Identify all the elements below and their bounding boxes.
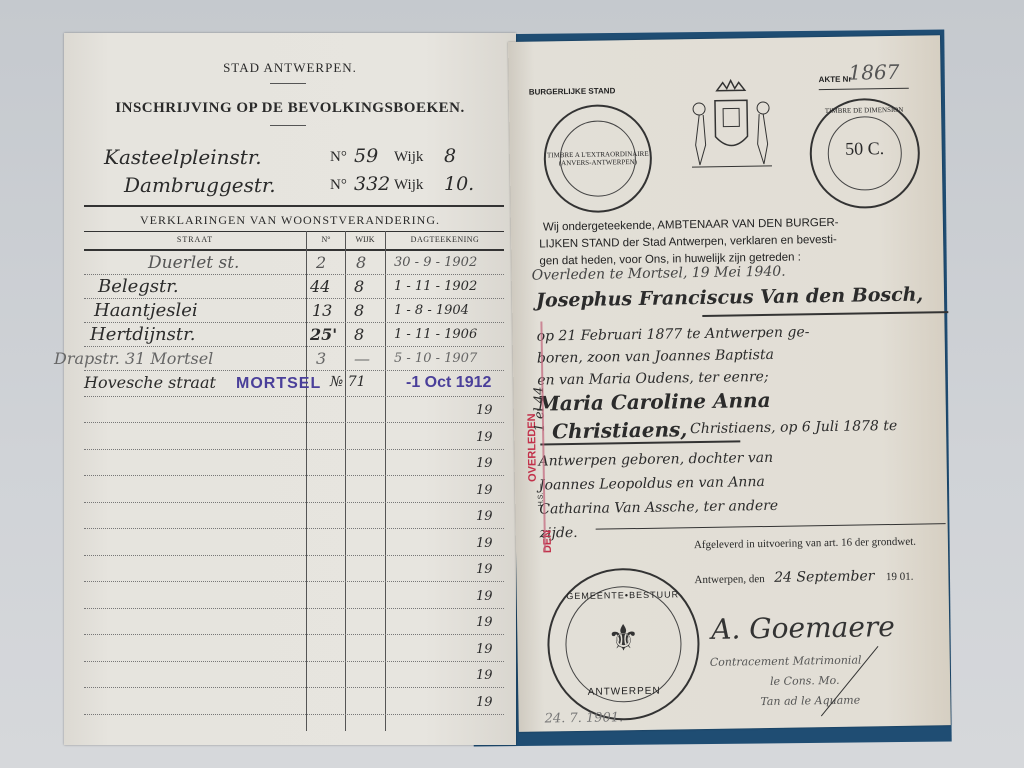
number-label: N° — [330, 149, 347, 166]
wijk-label: Wijk — [394, 177, 423, 194]
row-wijk: 8 — [354, 277, 364, 296]
row-wijk: — — [354, 349, 370, 368]
blank-table-row: 19 — [84, 503, 504, 529]
bride-first-name: Maria Caroline Anna — [537, 388, 770, 416]
table-row: Hertdijnstr. 25' 8 1 - 11 - 1906 — [84, 323, 504, 347]
address-row: Dambruggestr. N° 332 Wijk 10. — [104, 173, 504, 199]
row-straat: Hertdijnstr. — [90, 324, 195, 345]
table-row: Haantjeslei 13 8 1 - 8 - 1904 — [84, 299, 504, 323]
bride-last-name: Christiaens, — [552, 417, 688, 443]
address-street: Dambruggestr. — [124, 173, 276, 197]
year-prefix: 19 — [476, 668, 493, 683]
blank-table-row: 19 — [84, 662, 504, 688]
row-number: 44 — [310, 277, 330, 296]
date-stamp: -1 Oct 1912 — [406, 374, 491, 392]
year-prefix: 19 — [476, 483, 493, 498]
coat-of-arms-icon — [685, 78, 778, 175]
table-row: Drapstr. 31 Mortsel 3 — 5 - 10 - 1907 — [54, 347, 504, 371]
blank-table-row: 19 — [84, 609, 504, 635]
thick-rule — [702, 311, 948, 317]
timbre-dimension-seal: TIMBRE DE DIMENSION 50 C. — [809, 98, 921, 210]
row-straat: Hovesche straat — [84, 373, 216, 392]
row-number: 13 — [312, 301, 332, 320]
table-row: Belegstr. 44 8 1 - 11 - 1902 — [84, 275, 504, 299]
row-number: 3 — [316, 349, 326, 368]
year-prefix: 19 — [476, 536, 493, 551]
table-row: Hovesche straat MORTSEL № 71 -1 Oct 1912 — [84, 371, 504, 397]
bottom-date: 24. 7. 1901. — [545, 710, 624, 726]
section-title: VERKLARINGEN VAN WOONSTVERANDERING. — [64, 213, 516, 228]
thick-rule — [84, 205, 504, 207]
wijk-label: Wijk — [394, 149, 423, 166]
row-date: 30 - 9 - 1902 — [394, 255, 477, 270]
blank-table-row: 19 — [84, 450, 504, 476]
row-number: 25' — [310, 325, 337, 344]
divider — [819, 88, 909, 90]
header-dagteekening: DAGTEEKENING — [386, 235, 504, 244]
year-prefix: 19 — [476, 456, 493, 471]
year-prefix: 19 — [476, 430, 493, 445]
blank-table-row: 19 — [84, 556, 504, 582]
body-line: Catharina Van Assche, ter andere — [539, 494, 778, 522]
place-date-prefix: Antwerpen, den — [694, 573, 764, 586]
place-date-hand: 24 September — [774, 568, 874, 586]
seal-value: 50 C. — [812, 138, 918, 161]
bride-birth: Christiaens, op 6 Juli 1878 te — [690, 418, 897, 437]
header-number: N° — [308, 235, 344, 244]
row-date: 1 - 11 - 1902 — [394, 279, 477, 294]
blank-table-row: 19 — [84, 424, 504, 450]
blank-table-row: 19 — [84, 689, 504, 715]
handwritten-body: op 21 Februari 1877 te Antwerpen ge- bor… — [536, 321, 810, 391]
blank-table-row: 19 — [84, 583, 504, 609]
address-row: Kasteelpleinstr. N° 59 Wijk 8 — [104, 145, 504, 171]
row-wijk: 8 — [356, 253, 366, 272]
row-date: 5 - 10 - 1907 — [394, 351, 477, 366]
signature-note: Contracement Matrimonial le Cons. Mo. Ta… — [710, 651, 863, 713]
seal-text: TIMBRE A L'EXTRAORDINAIRE (ANVERS-ANTWER… — [546, 150, 650, 168]
akte-label: AKTE Nr — [819, 75, 852, 85]
header-straat: STRAAT — [84, 235, 306, 244]
place-date: Antwerpen, den 24 September 19 01. — [694, 568, 913, 587]
handwritten-body-2: Antwerpen geboren, dochter van Joannes L… — [538, 446, 778, 546]
delivered-text: Afgeleverd in uitvoering van art. 16 der… — [694, 536, 916, 551]
blank-table-row: 19 — [84, 636, 504, 662]
left-page: STAD ANTWERPEN. INSCHRIJVING OP DE BEVOL… — [64, 33, 516, 745]
year-prefix: 19 — [476, 562, 493, 577]
header-wijk: WIJK — [346, 235, 384, 244]
row-straat: Drapstr. 31 Mortsel — [54, 349, 213, 368]
row-number: 2 — [316, 253, 326, 272]
year-prefix: 19 — [476, 615, 493, 630]
blank-table-row: 19 — [84, 477, 504, 503]
thin-rule — [84, 231, 504, 232]
page-title: INSCHRIJVING OP DE BEVOLKINGSBOEKEN. — [64, 100, 516, 117]
mortsel-stamp: MORTSEL — [236, 375, 321, 393]
overleden-stamp: OVERLEDEN DEN 1 el 44 H.S. — — [510, 321, 554, 582]
address-number: 332 — [354, 173, 390, 195]
year-prefix: 19 — [476, 403, 493, 418]
blank-table-row: 19 — [84, 530, 504, 556]
intro-text: Wij ondergeteekende, AMBTENAAR VAN DEN B… — [539, 213, 940, 270]
gemeentebestuur-seal: GEMEENTE•BESTUUR ANTWERPEN ⚜ — [546, 567, 700, 721]
burgerlijke-stand-label: BURGERLIJKE STAND — [529, 86, 616, 96]
row-wijk: 8 — [354, 301, 364, 320]
death-annotation: Overleden te Mortsel, 19 Mei 1940. — [532, 264, 786, 284]
row-date: 1 - 8 - 1904 — [394, 303, 469, 318]
row-straat: Belegstr. — [98, 276, 179, 297]
number-label: N° — [330, 177, 347, 194]
place-date-year: 19 01. — [886, 571, 914, 583]
body-line: boren, zoon van Joannes Baptista — [537, 343, 810, 369]
blank-table-row: 19 — [84, 397, 504, 423]
row-number: № 71 — [330, 374, 366, 390]
akte-number: 1867 — [848, 60, 899, 85]
address-wijk: 10. — [444, 173, 474, 195]
signature: A. Goemaere — [711, 610, 895, 646]
city-header: STAD ANTWERPEN. — [64, 60, 516, 76]
divider — [270, 125, 306, 126]
row-straat: Duerlet st. — [148, 253, 239, 273]
divider — [270, 83, 306, 84]
seal-top-text: GEMEENTE•BESTUUR — [549, 589, 697, 601]
note-line: Contracement Matrimonial — [710, 651, 862, 673]
coat-of-arms-icon: ⚜ — [549, 617, 698, 660]
seal-bottom-text: ANTWERPEN — [550, 685, 698, 698]
row-wijk: 8 — [354, 325, 364, 344]
year-prefix: 19 — [476, 509, 493, 524]
groom-name: Josephus Franciscus Van den Bosch, — [536, 284, 923, 312]
blank-rows: 191919191919191919191919 — [84, 397, 504, 727]
address-wijk: 8 — [444, 145, 456, 167]
address-number: 59 — [354, 145, 378, 167]
year-prefix: 19 — [476, 695, 493, 710]
address-street: Kasteelpleinstr. — [104, 145, 262, 169]
table-row: Duerlet st. 2 8 30 - 9 - 1902 — [84, 251, 504, 275]
right-page: BURGERLIJKE STAND AKTE Nr 1867 TIMBRE A … — [508, 35, 951, 732]
seal-text: TIMBRE DE DIMENSION — [811, 106, 917, 116]
row-date: 1 - 11 - 1906 — [394, 327, 477, 342]
year-prefix: 19 — [476, 589, 493, 604]
row-straat: Haantjeslei — [94, 300, 198, 321]
note-line: le Cons. Mo. — [710, 671, 862, 693]
timbre-seal-left: TIMBRE A L'EXTRAORDINAIRE (ANVERS-ANTWER… — [543, 104, 653, 214]
year-prefix: 19 — [476, 642, 493, 657]
